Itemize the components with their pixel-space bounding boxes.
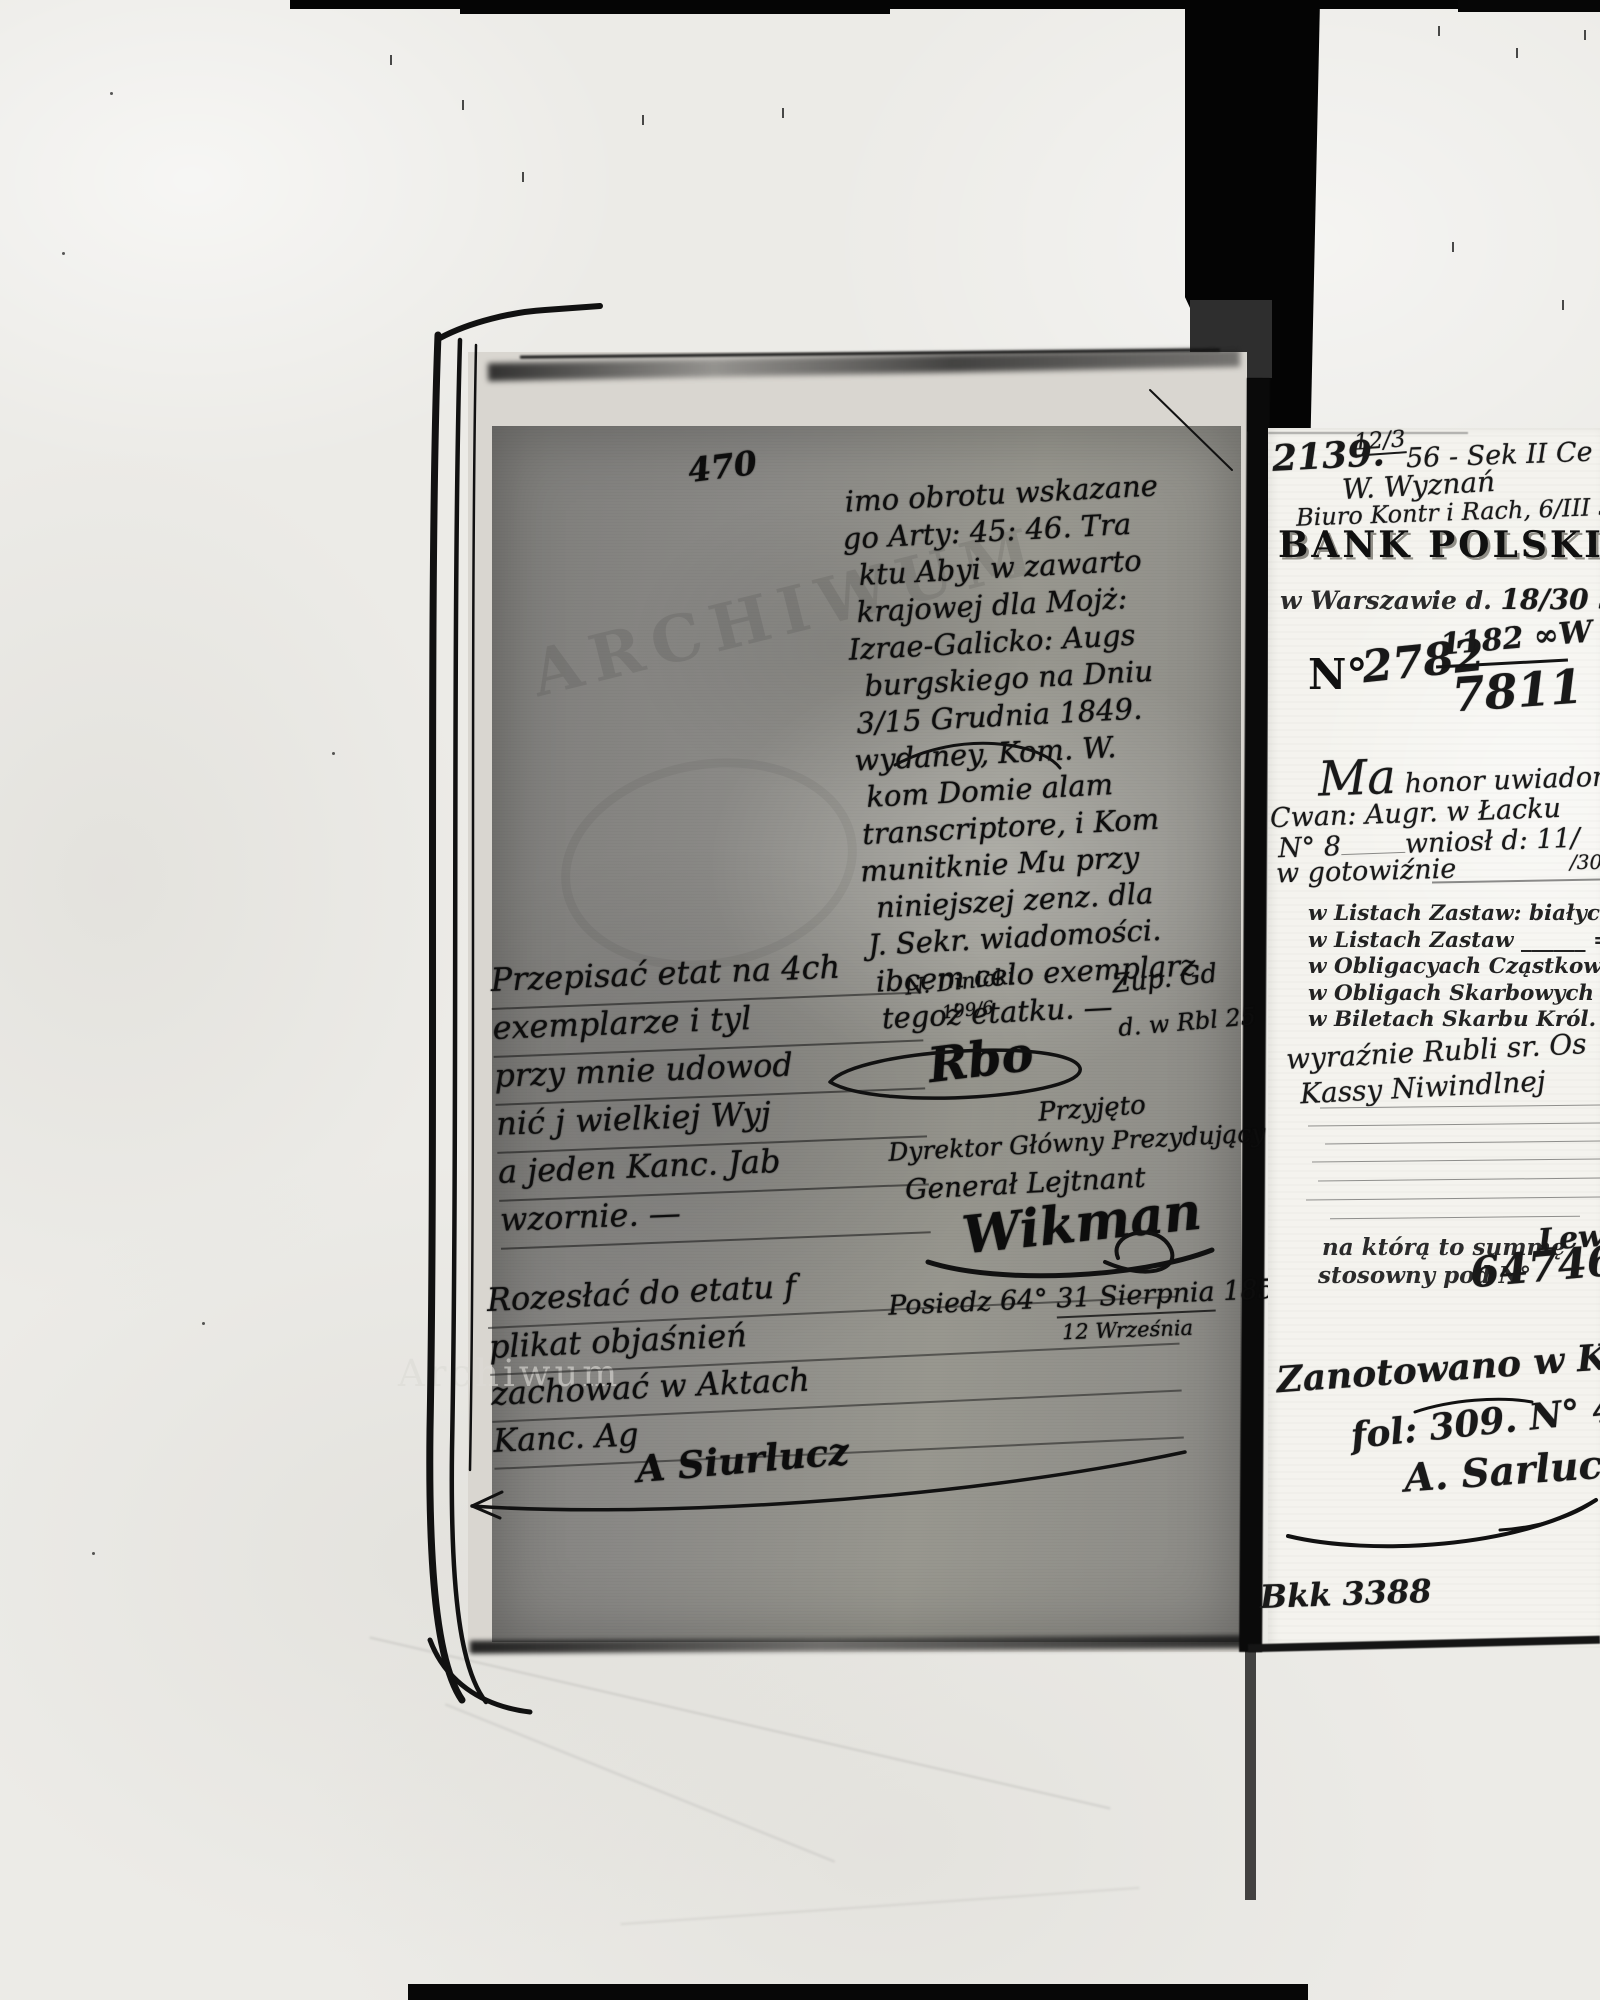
ruled-line [1330,1216,1580,1220]
salutation-rest: honor uwiadomić [1404,760,1600,799]
film-scratch [1584,30,1586,40]
receipt-number: 64746 [1468,1240,1600,1295]
paper-crease [445,1703,835,1862]
microfilm-scan: ARCHIWUM Archiwum 470 imo obrotu wskazan… [0,0,1600,2000]
film-scratch [642,115,644,125]
control-note-1: Zanotowano w Kontroli [1275,1330,1600,1399]
account-fraction-bottom: 7811 [1451,663,1585,719]
flourish-signature: Rbo [925,1030,1036,1090]
film-scratch [782,108,784,118]
bottom-reference: Bkk 3388 [1259,1575,1432,1613]
book-spine-stroke [430,335,462,1700]
securities-list: w Listach Zastaw: białych =w Listach Zas… [1308,902,1600,1035]
paper-crease [621,1887,1140,1925]
paper-crease [370,1637,1111,1810]
date-handwritten: 18/30 Stycznia 1856 [1501,583,1600,616]
film-edge-bottom [408,1984,1308,2000]
account-fraction-top: 1182 ∞W [1439,617,1594,660]
film-scratch [390,55,392,65]
dust-speck [92,1552,95,1555]
film-scratch [522,172,524,182]
ruled-line [1318,1178,1600,1182]
session-date: 31 Sierpnia [1056,1277,1216,1319]
securities-list-row: w Listach Zastaw ______ = [1308,929,1600,956]
film-scratch [1562,300,1564,310]
reference-fraction: 12/3 [1353,428,1406,457]
ruled-line [1306,1196,1600,1200]
securities-list-row: w Obligach Skarbowych 4: = [1308,982,1600,1009]
dust-speck [332,752,335,755]
film-scratch [462,100,464,110]
amount-words-2: Kassy Niwindlnej [1299,1068,1546,1109]
date-line: w Warszawie d. 18/30 Stycznia 1856 [1280,586,1600,614]
controller-signature: A. Sarlucz [1403,1444,1600,1498]
page-number: 470 [686,446,758,487]
deposit-fraction: /30 [1570,852,1600,872]
letterhead-title: BANK POLSKI [1278,524,1600,566]
film-scratch [1438,26,1440,36]
film-scratch [1452,242,1454,252]
date-printed: w Warszawie d. [1280,586,1492,615]
dust-speck [62,252,65,255]
dark-page-edge-tail [1245,1650,1256,1900]
bank-polski-letter: 2139. 12/3 56 - Sek II Ce W. Wyznań Biur… [1268,428,1600,1648]
accepted-note: Przyjęto [1037,1092,1146,1125]
ruled-line [1308,1122,1600,1126]
page-corner-edge [440,306,600,338]
film-edge-top-right [1458,0,1600,12]
film-edge-top-thick [460,0,890,14]
session-date-alt: 12 Września [1062,1318,1194,1344]
dust-speck [110,92,113,95]
securities-list-row: w Listach Zastaw: białych = [1308,902,1600,929]
cash-line: w gotowiźnie [1276,856,1457,888]
cash-rule [1432,879,1600,883]
dark-left-column-block1: Przepisać etat na 4chexemplarze i tylprz… [490,945,931,1249]
number-label: N° [1308,650,1367,699]
ruled-line [1312,1158,1600,1162]
film-scratch [1516,48,1518,58]
dust-speck [202,1322,205,1325]
securities-list-row: w Obligacyach Cząstkowych = [1308,955,1600,982]
ruled-line [1325,1141,1600,1145]
